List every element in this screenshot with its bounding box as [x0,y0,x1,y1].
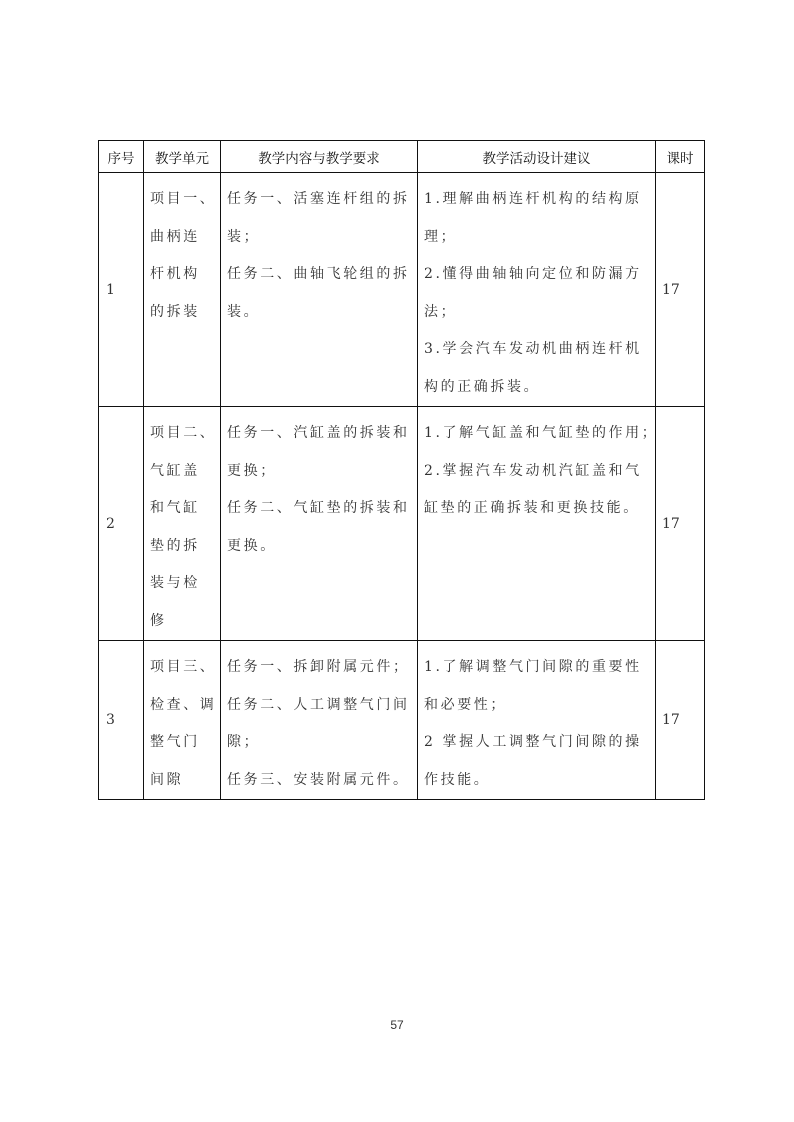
activity-cell: 1.了解调整气门间隙的重要性 和必要性； 2 掌握人工调整气门间隙的操 作技能。 [418,641,656,800]
content-cell: 任务一、拆卸附属元件； 任务二、人工调整气门间 隙； 任务三、安装附属元件。 [221,641,418,800]
unit-cell: 项目三、 检查、调 整气门 间隙 [144,641,221,800]
activity-line: 缸垫的正确拆装和更换技能。 [424,490,649,528]
activity-line: 和必要性； [424,687,649,725]
unit-line: 的拆装 [150,294,214,332]
unit-line: 项目二、 [150,415,214,453]
row-index: 2 [99,407,144,641]
activity-line: 1.了解调整气门间隙的重要性 [424,649,649,687]
hours-cell: 17 [656,173,705,407]
unit-line: 气缸盖 [150,453,214,491]
unit-line: 曲柄连 [150,219,214,257]
header-index: 序号 [99,141,144,173]
content-line: 任务三、安装附属元件。 [227,762,411,800]
course-table: 序号 教学单元 教学内容与教学要求 教学活动设计建议 课时 1 项目一、 曲柄连… [98,140,705,800]
header-content: 教学内容与教学要求 [221,141,418,173]
page-number: 57 [0,1018,794,1032]
activity-cell: 1.了解气缸盖和气缸垫的作用； 2.掌握汽车发动机汽缸盖和气 缸垫的正确拆装和更… [418,407,656,641]
content-line: 更换。 [227,528,411,566]
table-row: 2 项目二、 气缸盖 和气缸 垫的拆 装与检 修 任务一、汽缸盖的拆装和 更换；… [99,407,705,641]
header-unit: 教学单元 [144,141,221,173]
table-header-row: 序号 教学单元 教学内容与教学要求 教学活动设计建议 课时 [99,141,705,173]
unit-line: 修 [150,603,214,641]
unit-line: 检查、调 [150,687,214,725]
content-cell: 任务一、汽缸盖的拆装和 更换； 任务二、气缸垫的拆装和 更换。 [221,407,418,641]
activity-line: 理； [424,219,649,257]
content-line: 任务二、曲轴飞轮组的拆 [227,256,411,294]
activity-line: 2 掌握人工调整气门间隙的操 [424,724,649,762]
activity-line: 1.理解曲柄连杆机构的结构原 [424,181,649,219]
activity-cell: 1.理解曲柄连杆机构的结构原 理； 2.懂得曲轴轴向定位和防漏方 法； 3.学会… [418,173,656,407]
header-hours: 课时 [656,141,705,173]
content-line: 任务一、活塞连杆组的拆 [227,181,411,219]
activity-line: 1.了解气缸盖和气缸垫的作用； [424,415,649,453]
content-line: 装； [227,219,411,257]
content-line: 任务一、汽缸盖的拆装和 [227,415,411,453]
content-line: 更换； [227,453,411,491]
unit-line: 和气缸 [150,490,214,528]
content-cell: 任务一、活塞连杆组的拆 装； 任务二、曲轴飞轮组的拆 装。 [221,173,418,407]
activity-line: 3.学会汽车发动机曲柄连杆机 [424,331,649,369]
unit-cell: 项目一、 曲柄连 杆机构 的拆装 [144,173,221,407]
unit-cell: 项目二、 气缸盖 和气缸 垫的拆 装与检 修 [144,407,221,641]
table-row: 1 项目一、 曲柄连 杆机构 的拆装 任务一、活塞连杆组的拆 装； 任务二、曲轴… [99,173,705,407]
header-activity: 教学活动设计建议 [418,141,656,173]
unit-line: 项目一、 [150,181,214,219]
table-row: 3 项目三、 检查、调 整气门 间隙 任务一、拆卸附属元件； 任务二、人工调整气… [99,641,705,800]
activity-line: 2.掌握汽车发动机汽缸盖和气 [424,453,649,491]
unit-line: 整气门 [150,724,214,762]
content-line: 隙； [227,724,411,762]
hours-cell: 17 [656,407,705,641]
content-line: 装。 [227,294,411,332]
unit-line: 杆机构 [150,256,214,294]
content-line: 任务二、人工调整气门间 [227,687,411,725]
activity-line: 作技能。 [424,762,649,800]
row-index: 1 [99,173,144,407]
content-line: 任务一、拆卸附属元件； [227,649,411,687]
unit-line: 装与检 [150,565,214,603]
content-line: 任务二、气缸垫的拆装和 [227,490,411,528]
activity-line: 2.懂得曲轴轴向定位和防漏方 [424,256,649,294]
unit-line: 垫的拆 [150,528,214,566]
activity-line: 构的正确拆装。 [424,369,649,407]
row-index: 3 [99,641,144,800]
hours-cell: 17 [656,641,705,800]
unit-line: 项目三、 [150,649,214,687]
activity-line: 法； [424,294,649,332]
unit-line: 间隙 [150,762,214,800]
